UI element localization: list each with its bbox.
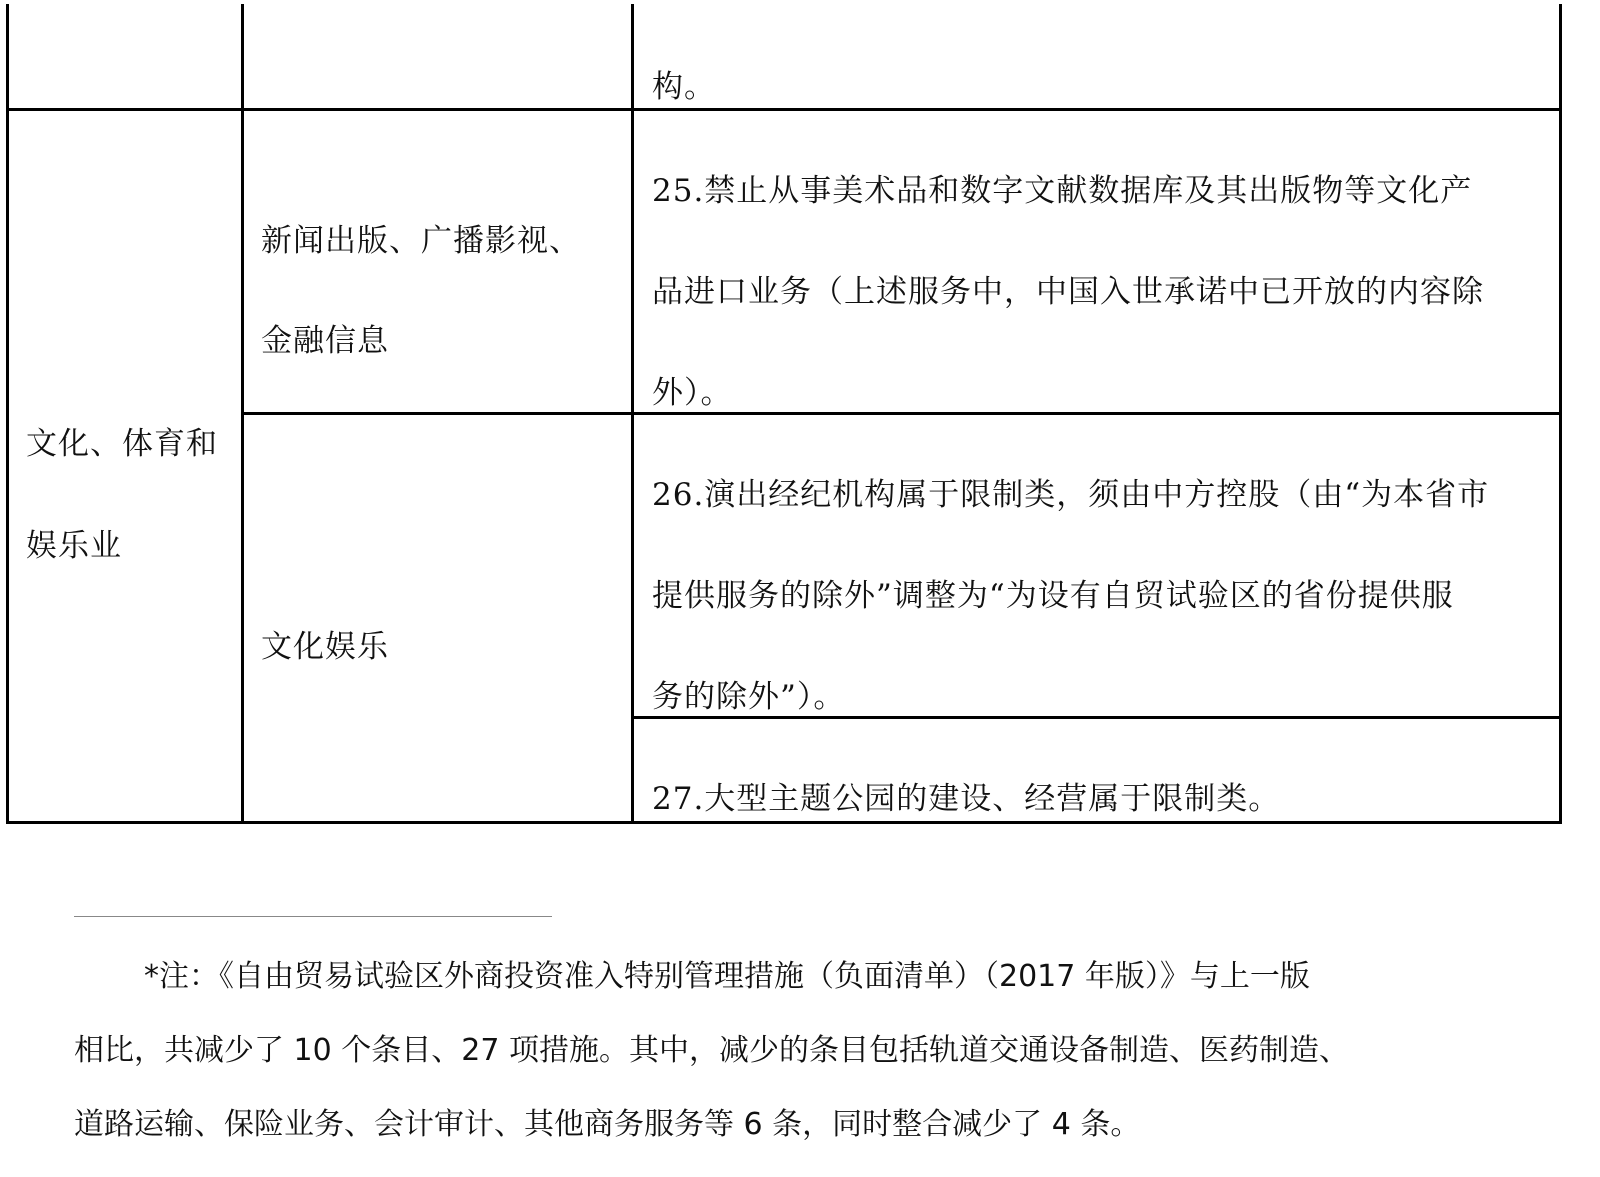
measure-25-line-1: 25.禁止从事美术品和数字文献数据库及其出版物等文化产 (652, 140, 1472, 242)
subsection-2-line-1: 文化娱乐 (261, 596, 389, 698)
measure-25-line-2: 品进口业务（上述服务中，中国入世承诺中已开放的内容除 (652, 241, 1484, 343)
measure-continuation-text: 构。 (652, 36, 716, 138)
measure-26-line-2: 提供服务的除外”调整为“为设有自贸试验区的省份提供服 (652, 545, 1454, 647)
table-row-divider-sub1 (241, 412, 1562, 415)
footnote: *注：《自由贸易试验区外商投资准入特别管理措施（负面清单）（2017 年版）》与… (74, 940, 1504, 1162)
footnote-separator (74, 916, 552, 917)
footnote-line-3: 道路运输、保险业务、会计审计、其他商务服务等 6 条，同时整合减少了 4 条。 (74, 1088, 1504, 1162)
footnote-line-2: 相比，共减少了 10 个条目、27 项措施。其中，减少的条目包括轨道交通设备制造… (74, 1014, 1504, 1088)
measure-tail: 构。 (652, 69, 716, 105)
footnote-line-1: *注：《自由贸易试验区外商投资准入特别管理措施（负面清单）（2017 年版）》与… (74, 940, 1504, 1014)
category-line-1: 文化、体育和 (26, 393, 218, 495)
table-row-divider-top (6, 108, 1562, 111)
measure-26-line-3: 务的除外”）。 (652, 646, 845, 748)
table-border-left (6, 4, 9, 824)
measure-27-line-1: 27.大型主题公园的建设、经营属于限制类。 (652, 748, 1280, 850)
category-line-2: 娱乐业 (26, 495, 122, 597)
subsection-1-line-2: 金融信息 (261, 290, 389, 392)
measure-26-line-1: 26.演出经纪机构属于限制类，须由中方控股（由“为本省市 (652, 444, 1489, 546)
subsection-1-line-1: 新闻出版、广播影视、 (261, 190, 581, 292)
document-page: 构。 文化、体育和 娱乐业 新闻出版、广播影视、 金融信息 25.禁止从事美术品… (0, 0, 1600, 1177)
measure-25-line-3: 外）。 (652, 342, 733, 444)
